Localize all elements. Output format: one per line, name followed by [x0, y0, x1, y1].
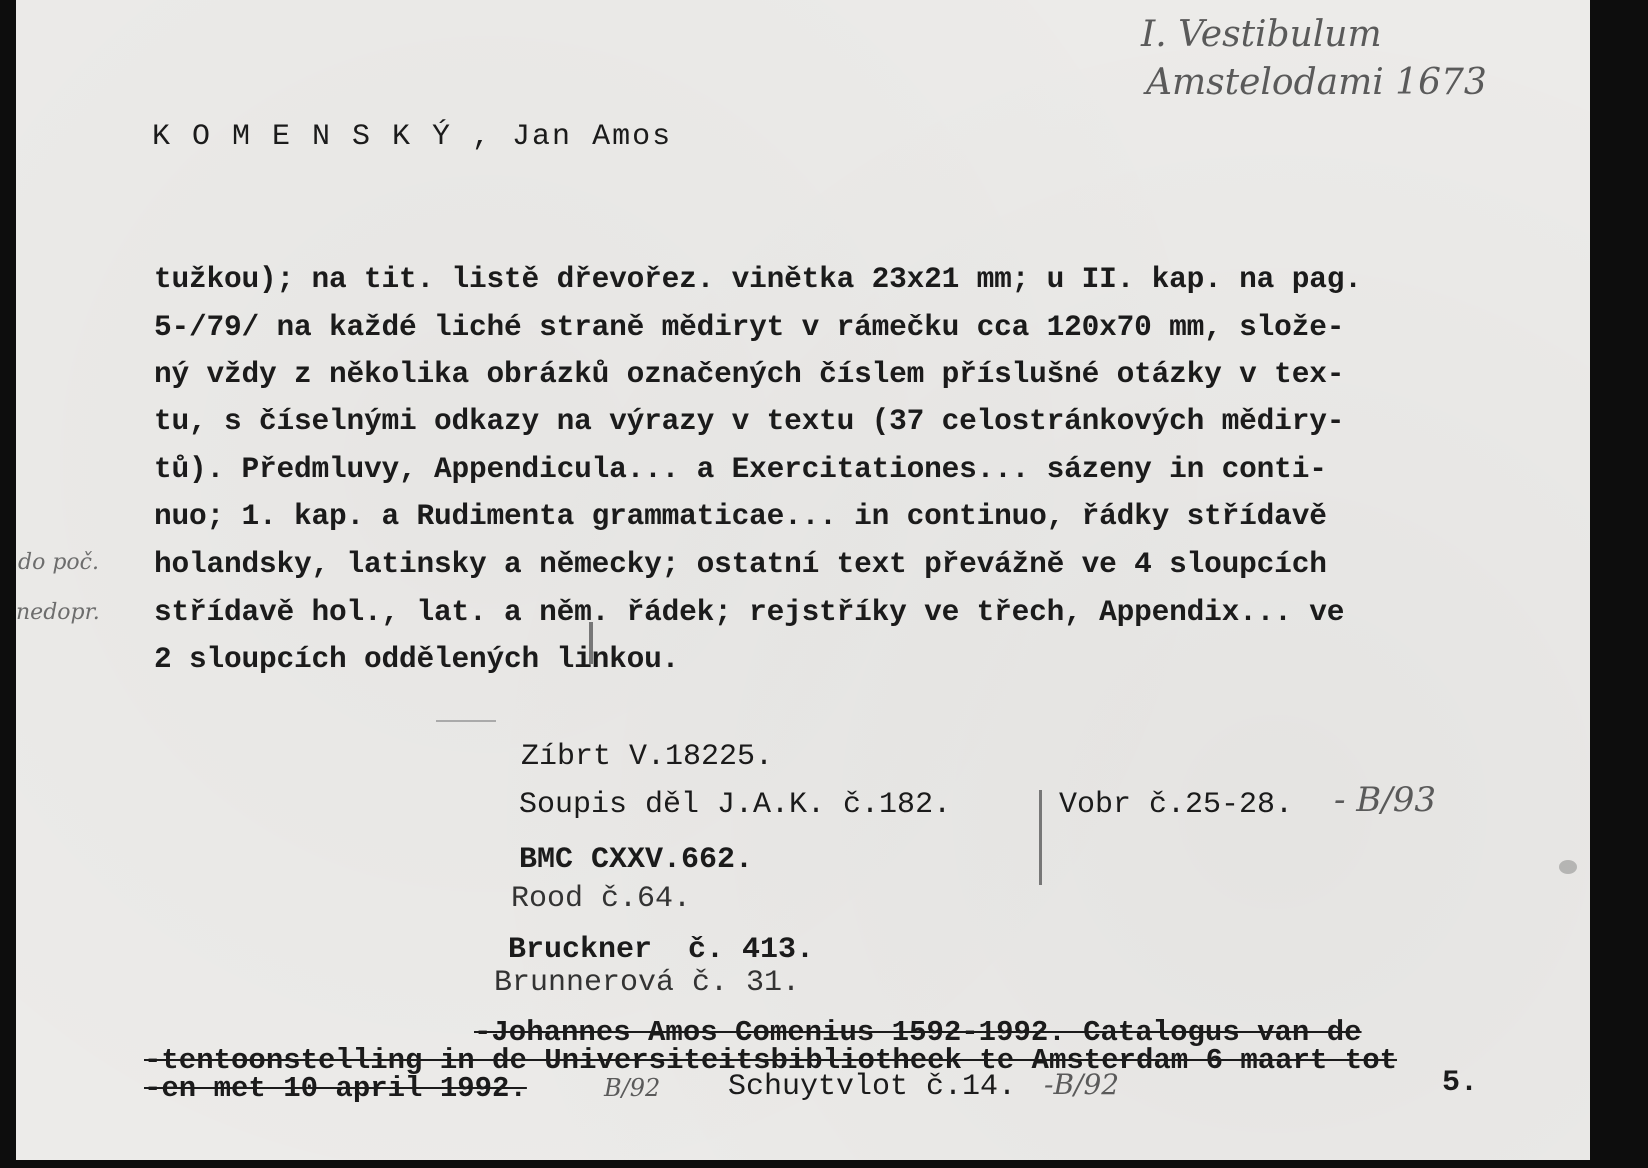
margin-note: nedopr.: [16, 600, 100, 625]
smudge: [1559, 860, 1577, 874]
handwritten-imprint-note: Amstelodami 1673: [1146, 62, 1487, 103]
description-line: tů). Předmluvy, Appendicula... a Exercit…: [154, 455, 1327, 485]
ref-vobr: Vobr č.25-28.: [1059, 790, 1293, 820]
struck-ref-line: -en met 10 april 1992.: [144, 1074, 527, 1103]
description-line: střídavě hol., lat. a něm. řádek; rejstř…: [154, 598, 1344, 628]
ref-rood: Rood č.64.: [511, 884, 691, 914]
ref-brunnerova: Brunnerová č. 31.: [494, 968, 800, 998]
divider-mark: [436, 720, 496, 722]
description-line: nuo; 1. kap. a Rudimenta grammaticae... …: [154, 502, 1327, 532]
struck-ref-line: -Johannes Amos Comenius 1592-1992. Catal…: [474, 1018, 1362, 1047]
catalog-card: I. Vestibulum Amstelodami 1673 K O M E N…: [16, 0, 1590, 1160]
card-number: 5.: [1442, 1068, 1478, 1098]
ref-bruckner: Bruckner č. 413.: [508, 935, 814, 965]
ref-soupis: Soupis děl J.A.K. č.182.: [519, 790, 951, 820]
description-line: ný vždy z několika obrázků označených čí…: [154, 360, 1344, 390]
description-line: 2 sloupcích oddělených linkou.: [154, 645, 679, 675]
description-line: tu, s číselnými odkazy na výrazy v textu…: [154, 407, 1344, 437]
margin-note: do poč.: [18, 550, 99, 575]
description-line: 5-/79/ na každé liché straně mědiryt v r…: [154, 313, 1344, 343]
handwritten-title-note: I. Vestibulum: [1141, 14, 1382, 55]
ref-schuytvlot: Schuytvlot č.14.: [728, 1072, 1016, 1102]
column-divider: [1039, 790, 1042, 885]
ref-zibrt: Zíbrt V.18225.: [521, 742, 773, 772]
description-line: tužkou); na tit. listě dřevořez. vinětka…: [154, 265, 1362, 295]
handwritten-struck-note: B/92: [604, 1074, 660, 1102]
author-heading: K O M E N S K Ý , Jan Amos: [152, 122, 672, 152]
ref-bmc: BMC CXXV.662.: [519, 845, 753, 875]
handwritten-schuytvlot-note: -B/92: [1044, 1068, 1119, 1101]
description-line: holandsky, latinsky a německy; ostatní t…: [154, 550, 1327, 580]
handwritten-vobr-note: - B/93: [1334, 780, 1436, 820]
pencil-mark: [589, 622, 593, 664]
